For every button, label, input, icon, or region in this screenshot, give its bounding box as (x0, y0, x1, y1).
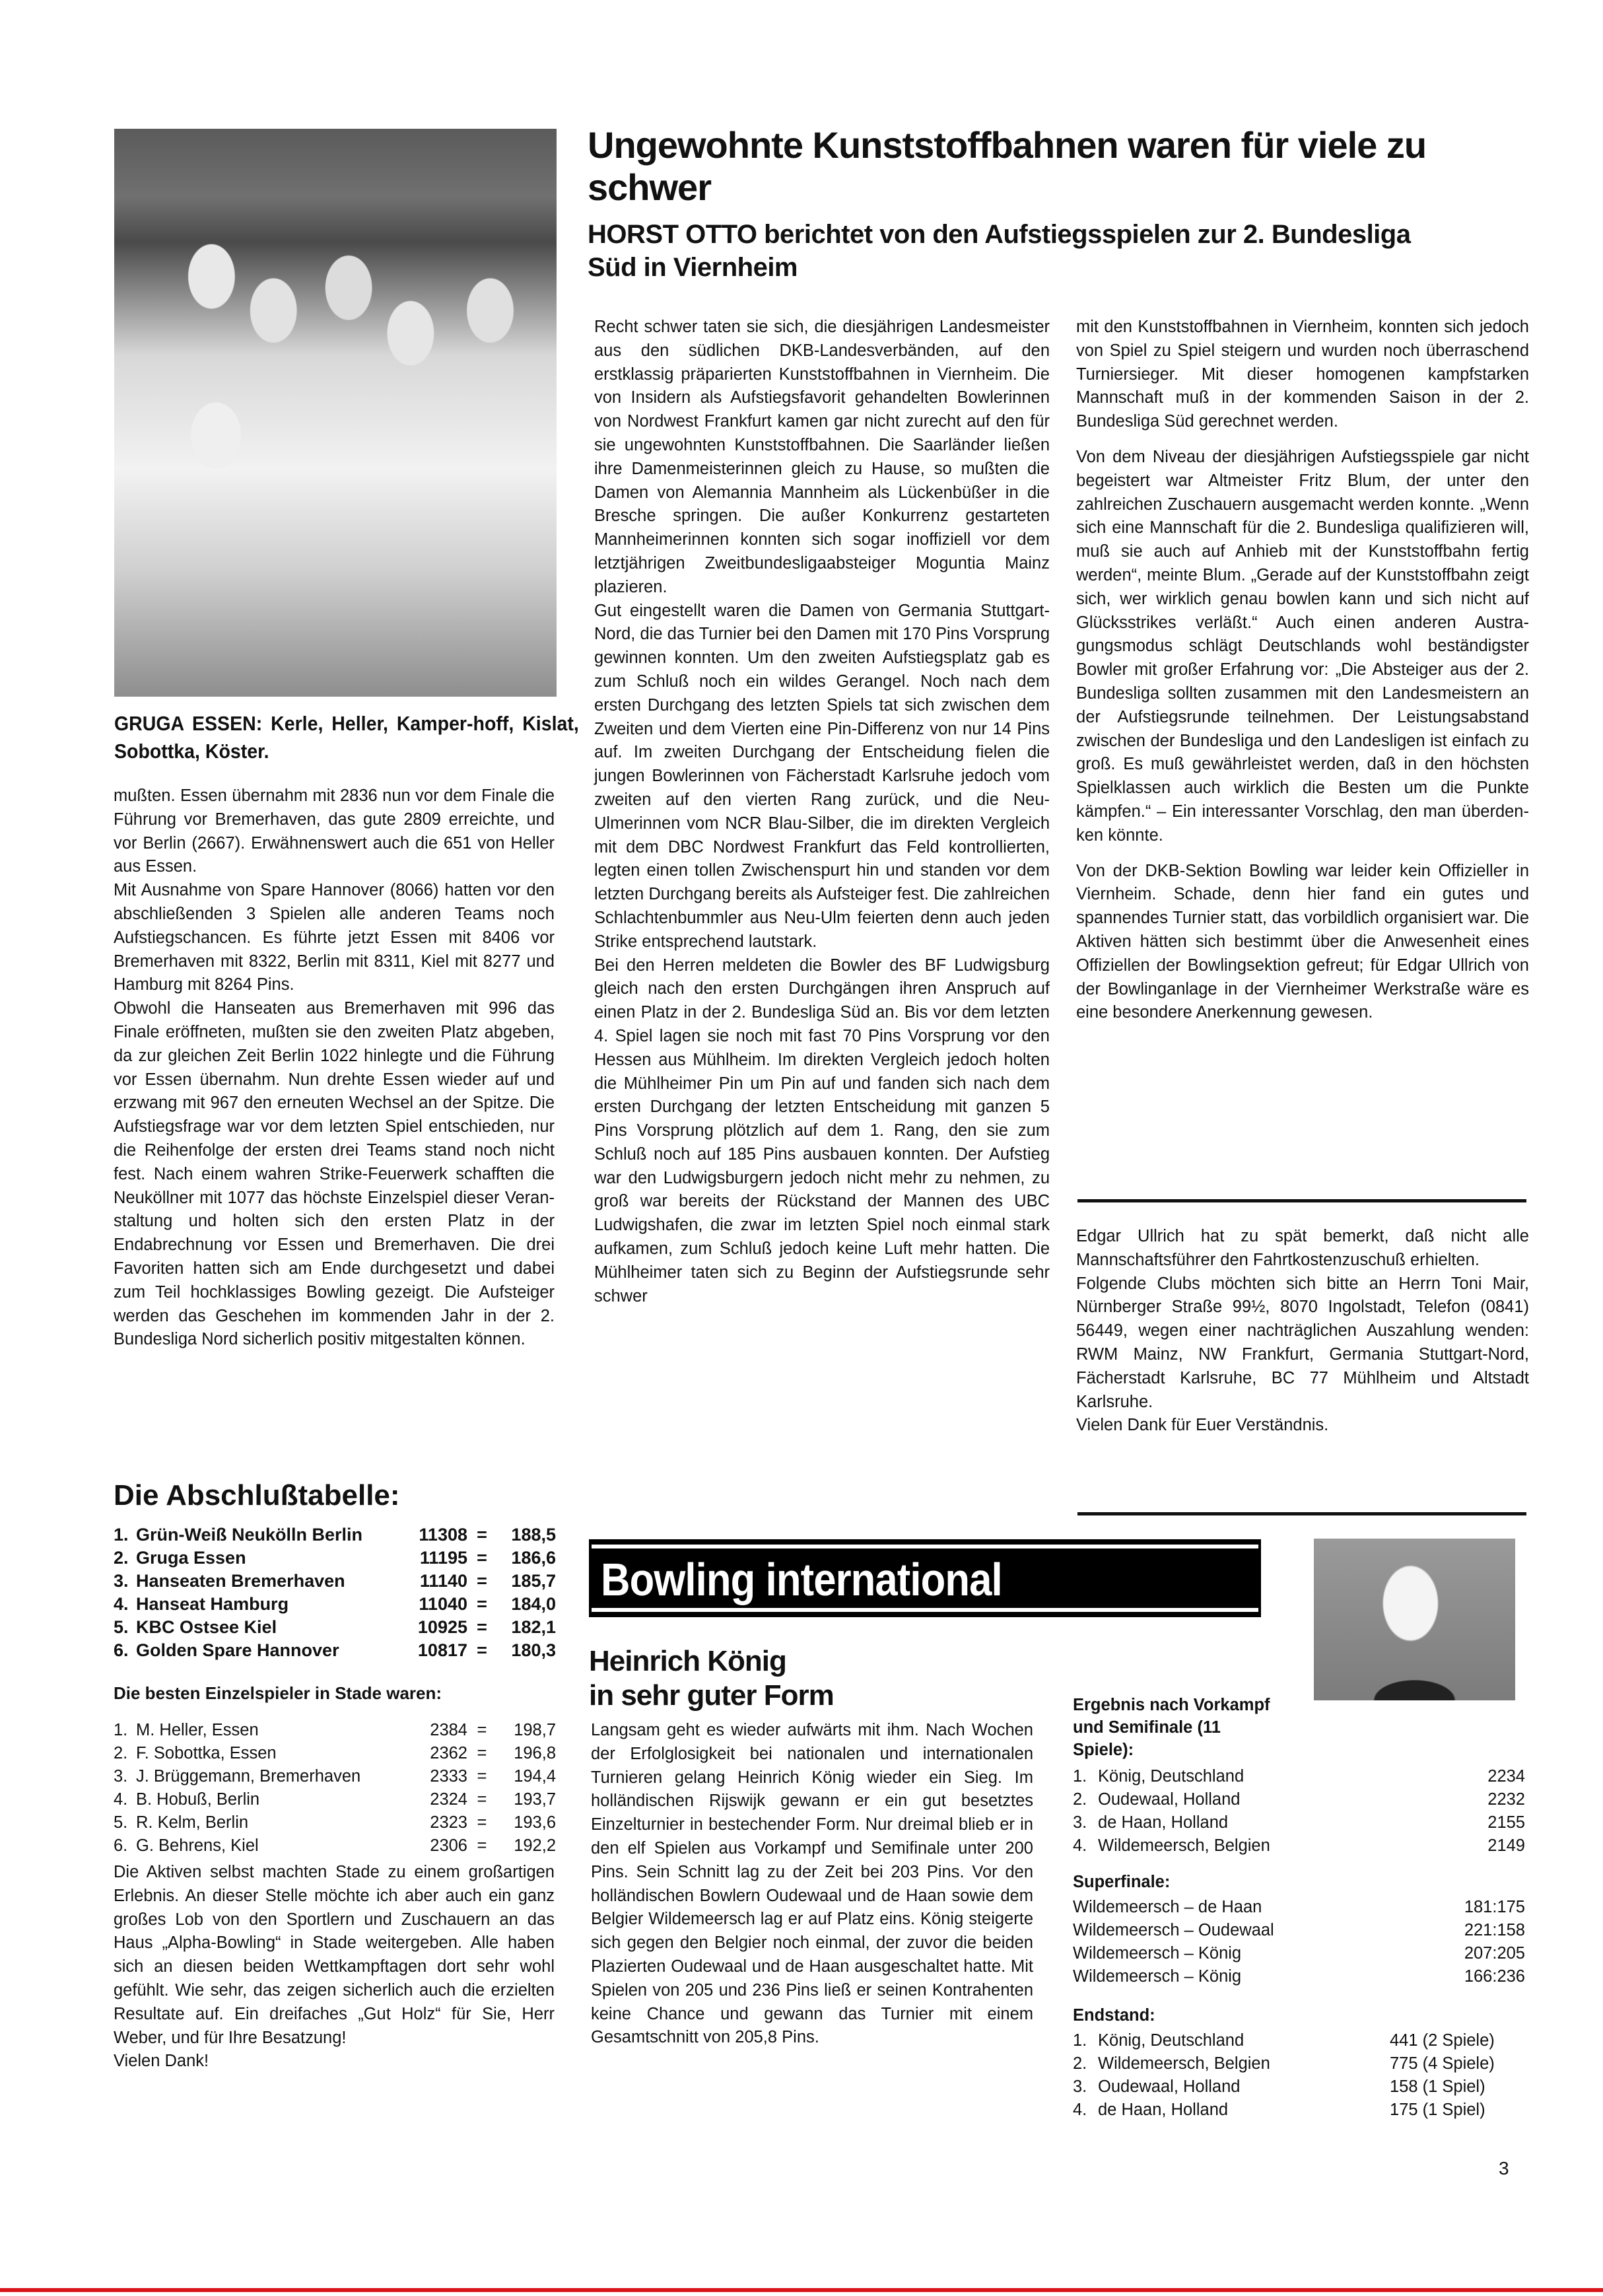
mid-paragraph: Recht schwer taten sie sich, die diesjäh… (594, 316, 1050, 600)
best-player-row: 4.B. Hobuß, Berlin2324=193,7 (114, 1788, 556, 1811)
endstand-row: 1.König, Deutschland441 (2 Spiele) (1073, 2029, 1525, 2052)
portrait-photo (1314, 1539, 1515, 1700)
left-paragraph: mußten. Essen übernahm mit 2836 nun vor … (114, 784, 555, 879)
mid-paragraph: Gut eingestellt waren die Damen von Germ… (594, 600, 1050, 954)
superfinale-row: Wildemeersch – König207:205 (1073, 1942, 1525, 1965)
left-paragraph: Mit Ausnahme von Spare Hannover (8066) h… (114, 879, 555, 997)
notice-paragraph: Edgar Ullrich hat zu spät bemerkt, daß n… (1076, 1225, 1529, 1272)
final-table-row: 6.Golden Spare Hannover10817=180,3 (114, 1639, 556, 1662)
right-paragraph: Von dem Niveau der diesjährigen Aufstieg… (1076, 446, 1529, 848)
international-title-line2: in sehr guter Form (589, 1679, 834, 1713)
prelim-row: 2.Oudewaal, Holland2232 (1073, 1788, 1525, 1811)
team-photo (114, 129, 557, 697)
final-table-row: 3.Hanseaten Bremerhaven11140=185,7 (114, 1570, 556, 1593)
best-player-row: 2.F. Sobottka, Essen2362=196,8 (114, 1742, 556, 1765)
mid-paragraph: Bei den Herren meldeten die Bowler des B… (594, 954, 1050, 1309)
international-body: Langsam geht es wieder aufwärts mit ihm.… (591, 1719, 1033, 2050)
international-results: Ergebnis nach Vorkampf und Semifinale (1… (1073, 1694, 1525, 2122)
prelim-row: 1.König, Deutschland2234 (1073, 1765, 1525, 1788)
endstand-row: 2.Wildemeersch, Belgien775 (4 Spiele) (1073, 2052, 1525, 2075)
best-player-row: 3.J. Brüggemann, Bremerhaven2333=194,4 (114, 1765, 556, 1788)
notice-paragraph: Vielen Dank für Euer Verständnis. (1076, 1414, 1529, 1438)
international-paragraph: Langsam geht es wieder aufwärts mit ihm.… (591, 1719, 1033, 2050)
notice-paragraph: Folgende Clubs möchten sich bitte an Her… (1076, 1272, 1529, 1414)
final-table-row: 4.Hanseat Hamburg11040=184,0 (114, 1593, 556, 1616)
bowling-international-banner: Bowling international (589, 1548, 1261, 1608)
article-subhead: HORST OTTO berichtet von den Aufstiegssp… (588, 218, 1446, 284)
article-col-right: mit den Kunststoffbahnen in Viernheim, k… (1076, 316, 1529, 1025)
endstand-table: 1.König, Deutschland441 (2 Spiele) 2.Wil… (1073, 2029, 1525, 2122)
best-players-table: 1.M. Heller, Essen2384=198,7 2.F. Sobott… (114, 1719, 556, 1858)
article-col-mid: Recht schwer taten sie sich, die diesjäh… (594, 316, 1050, 1308)
footer-red-rule (0, 2288, 1603, 2292)
best-player-row: 1.M. Heller, Essen2384=198,7 (114, 1719, 556, 1742)
right-paragraph: mit den Kunststoffbahnen in Viernheim, k… (1076, 316, 1529, 434)
notice-box: Edgar Ullrich hat zu spät bemerkt, daß n… (1076, 1225, 1529, 1438)
final-table-row: 5.KBC Ostsee Kiel10925=182,1 (114, 1616, 556, 1639)
closing-paragraph: Die Aktiven selbst machten Stade zu eine… (114, 1861, 555, 2050)
prelim-row: 3.de Haan, Holland2155 (1073, 1811, 1525, 1834)
page-number: 3 (1499, 2158, 1509, 2179)
final-table: 1.Grün-Weiß Neukölln Berlin11308=188,5 2… (114, 1523, 556, 1662)
closing-signoff: Vielen Dank! (114, 2050, 555, 2073)
section-divider (1077, 1199, 1526, 1202)
article-headline: Ungewohnte Kunststoffbahnen waren für vi… (588, 124, 1525, 209)
superfinale-row: Wildemeersch – de Haan181:175 (1073, 1896, 1525, 1919)
international-title: Heinrich König in sehr guter Form (589, 1644, 834, 1713)
left-article-body: mußten. Essen übernahm mit 2836 nun vor … (114, 784, 555, 1352)
left-paragraph: Obwohl die Hanseaten aus Bremerhaven mit… (114, 997, 555, 1352)
banner-label: Bowling international (601, 1551, 1002, 1608)
prelim-title: Ergebnis nach Vorkampf und Semifinale (1… (1073, 1694, 1271, 1761)
endstand-row: 3.Oudewaal, Holland158 (1 Spiel) (1073, 2075, 1525, 2099)
endstand-row: 4.de Haan, Holland175 (1 Spiel) (1073, 2099, 1525, 2122)
final-table-row: 2.Gruga Essen11195=186,6 (114, 1547, 556, 1570)
prelim-row: 4.Wildemeersch, Belgien2149 (1073, 1834, 1525, 1858)
section-divider (1077, 1512, 1526, 1515)
superfinale-table: Wildemeersch – de Haan181:175 Wildemeers… (1073, 1896, 1525, 1988)
final-table-row: 1.Grün-Weiß Neukölln Berlin11308=188,5 (114, 1523, 556, 1547)
best-players-title: Die besten Einzelspieler in Stade waren: (114, 1682, 442, 1704)
superfinale-row: Wildemeersch – Oudewaal221:158 (1073, 1919, 1525, 1942)
prelim-table: 1.König, Deutschland2234 2.Oudewaal, Hol… (1073, 1765, 1525, 1858)
left-closing: Die Aktiven selbst machten Stade zu eine… (114, 1861, 555, 2073)
team-photo-caption: GRUGA ESSEN: Kerle, Heller, Kamper-hoff,… (114, 710, 579, 765)
final-table-title: Die Abschlußtabelle: (114, 1479, 400, 1512)
international-title-line1: Heinrich König (589, 1644, 834, 1679)
right-paragraph: Von der DKB-Sektion Bowling war leider k… (1076, 860, 1529, 1026)
best-player-row: 6.G. Behrens, Kiel2306=192,2 (114, 1834, 556, 1858)
best-player-row: 5.R. Kelm, Berlin2323=193,6 (114, 1811, 556, 1834)
superfinale-row: Wildemeersch – König166:236 (1073, 1965, 1525, 1988)
superfinale-title: Superfinale: (1073, 1871, 1525, 1893)
endstand-title: Endstand: (1073, 2004, 1525, 2027)
